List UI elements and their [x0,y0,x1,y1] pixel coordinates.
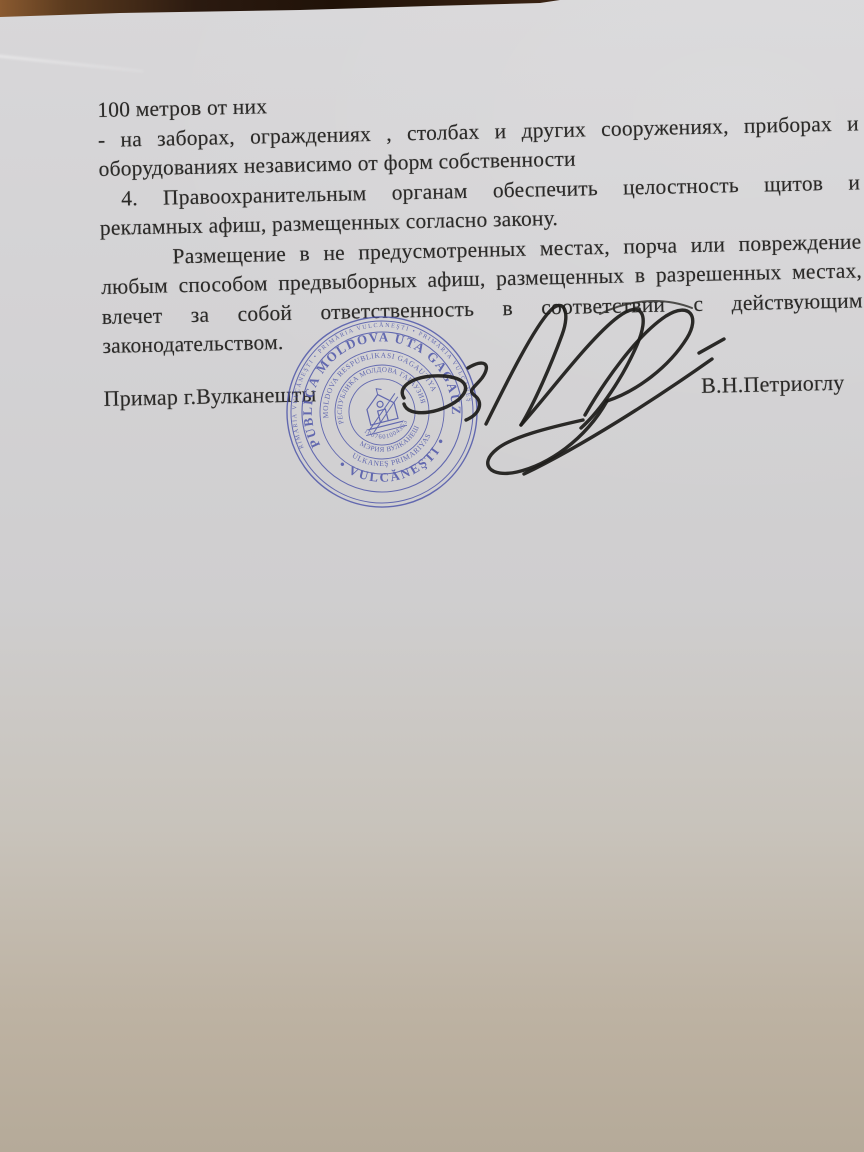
signature-row: Примар г.Вулканешты В.Н.Петриоглу [103,367,864,413]
signer-name: В.Н.Петриоглу [701,367,864,400]
document-page: 100 метров от них - на заборах, огражден… [0,0,864,1152]
paper-crease [0,54,144,73]
stamp-registry-number: 1007601004353 [361,417,412,445]
signer-title: Примар г.Вулканешты [103,379,317,413]
stamp-outer-bottom-text: • VULCĂNEŞTI • [334,431,456,496]
document-text-block: 100 метров от них - на заборах, огражден… [97,79,864,413]
photo-frame: 100 метров от них - на заборах, огражден… [0,0,864,1152]
table-background [0,0,560,22]
